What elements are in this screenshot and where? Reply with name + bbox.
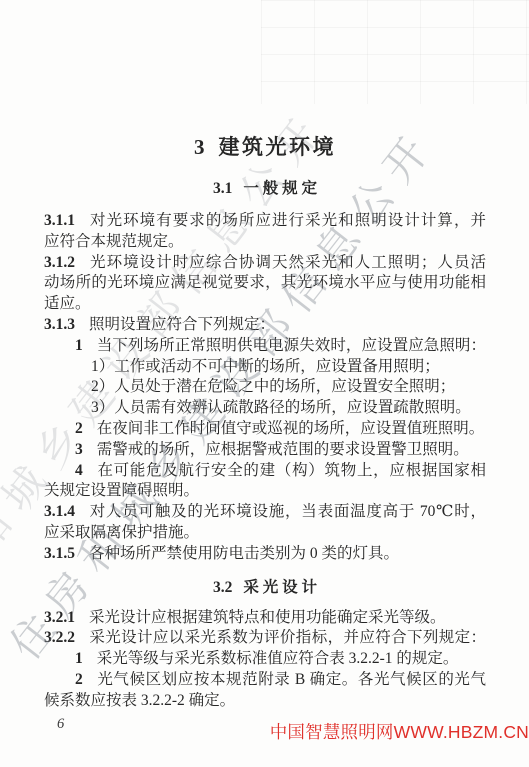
text-line: 2在夜间非工作时间值守或巡视的场所，应设置值班照明。 — [44, 419, 486, 440]
section-3-1-body: 3.1.1对光环境有要求的场所应进行采光和照明设计计算，并 应符合本规范规定。 … — [44, 211, 486, 565]
page-number: 6 — [57, 716, 64, 733]
line-text: 当下列场所正常照明供电电源失效时，应设置应急照明： — [97, 337, 486, 354]
document-page: 住房和城乡建设部信息公开 住房和城乡建设部信息公开 3建筑光环境 3.1一 般 … — [0, 0, 529, 767]
line-text: 照明设置应符合下列规定： — [89, 316, 275, 333]
text-line: 应符合本规范规定。 — [44, 232, 486, 253]
item-number: 1 — [75, 337, 83, 354]
clause-number: 3.1.4 — [44, 503, 75, 520]
chapter-title: 3建筑光环境 — [44, 134, 486, 160]
section-number: 3.1 — [213, 180, 232, 197]
page-content: 3建筑光环境 3.1一 般 规 定 3.1.1对光环境有要求的场所应进行采光和照… — [44, 0, 486, 712]
item-number: 2 — [75, 420, 83, 437]
line-text: 在夜间非工作时间值守或巡视的场所，应设置值班照明。 — [97, 420, 485, 437]
line-text: 各种场所严禁使用防电击类别为 0 类的灯具。 — [89, 545, 399, 562]
text-line: 候系数应按表 3.2.2-2 确定。 — [44, 691, 486, 712]
text-line: 动场所的光环境应满足视觉要求，其光环境水平应与使用功能相 — [44, 273, 486, 294]
text-line: 3.2.1采光设计应根据建筑特点和使用功能确定采光等级。 — [44, 608, 486, 629]
line-text: 采光等级与采光系数标准值应符合表 3.2.2-1 的规定。 — [97, 650, 459, 667]
text-line: 2）人员处于潜在危险之中的场所，应设置安全照明； — [44, 377, 486, 398]
line-text: 在可能危及航行安全的建（构）筑物上，应根据国家相 — [97, 462, 486, 479]
line-text: 需警戒的场所，应根据警戒范围的要求设置警卫照明。 — [97, 441, 469, 458]
text-line: 3.1.4对人员可触及的光环境设施，当表面温度高于 70℃时， — [44, 502, 486, 523]
line-text: 动场所的光环境应满足视觉要求，其光环境水平应与使用功能相 — [44, 274, 486, 291]
line-text: 采光设计应以采光系数为评价指标，并应符合下列规定： — [89, 629, 486, 646]
text-line: 3.1.1对光环境有要求的场所应进行采光和照明设计计算，并 — [44, 211, 486, 232]
text-line: 1）工作或活动不可中断的场所，应设置备用照明； — [44, 357, 486, 378]
line-text: 应符合本规范规定。 — [44, 233, 184, 250]
line-text: 对人员可触及的光环境设施，当表面温度高于 70℃时， — [89, 503, 486, 520]
section-heading-3-1: 3.1一 般 规 定 — [44, 179, 486, 199]
line-text: 光气候区划应按本规范附录 B 确定。各光气候区的光气 — [97, 671, 486, 688]
site-watermark: 中国智慧照明网WWW.HBZM.CN — [270, 719, 529, 744]
text-line: 1采光等级与采光系数标准值应符合表 3.2.2-1 的规定。 — [44, 649, 486, 670]
line-text: 关规定设置障碍照明。 — [44, 482, 199, 499]
clause-number: 3.2.2 — [44, 629, 75, 646]
item-number: 2 — [75, 671, 83, 688]
clause-number: 3.1.3 — [44, 316, 75, 333]
text-line: 3需警戒的场所，应根据警戒范围的要求设置警卫照明。 — [44, 440, 486, 461]
item-number: 4 — [75, 462, 83, 479]
line-text: 应采取隔离保护措施。 — [44, 524, 199, 541]
text-line: 1当下列场所正常照明供电电源失效时，应设置应急照明： — [44, 336, 486, 357]
text-line: 3.1.2光环境设计时应综合协调天然采光和人工照明；人员活 — [44, 253, 486, 274]
chapter-number: 3 — [194, 135, 205, 159]
text-line: 2光气候区划应按本规范附录 B 确定。各光气候区的光气 — [44, 670, 486, 691]
text-line: 4在可能危及航行安全的建（构）筑物上，应根据国家相 — [44, 461, 486, 482]
clause-number: 3.1.1 — [44, 212, 75, 229]
text-line: 3.1.5各种场所严禁使用防电击类别为 0 类的灯具。 — [44, 544, 486, 565]
section-title-text: 采 光 设 计 — [243, 579, 317, 596]
text-line: 3.2.2采光设计应以采光系数为评价指标，并应符合下列规定： — [44, 628, 486, 649]
clause-number: 3.1.5 — [44, 545, 75, 562]
chapter-title-text: 建筑光环境 — [219, 135, 337, 159]
clause-number: 3.2.1 — [44, 609, 75, 626]
text-line: 应采取隔离保护措施。 — [44, 523, 486, 544]
line-text: 采光设计应根据建筑特点和使用功能确定采光等级。 — [89, 609, 446, 626]
item-number: 1 — [75, 650, 83, 667]
text-line: 适应。 — [44, 294, 486, 315]
line-text: 1）工作或活动不可中断的场所，应设置备用照明； — [91, 358, 440, 375]
text-line: 关规定设置障碍照明。 — [44, 481, 486, 502]
line-text: 光环境设计时应综合协调天然采光和人工照明；人员活 — [89, 254, 486, 271]
section-number: 3.2 — [213, 579, 232, 596]
text-line: 3.1.3照明设置应符合下列规定： — [44, 315, 486, 336]
text-line: 3）人员需有效辨认疏散路径的场所，应设置疏散照明。 — [44, 398, 486, 419]
section-heading-3-2: 3.2采 光 设 计 — [44, 578, 486, 598]
clause-number: 3.1.2 — [44, 254, 75, 271]
line-text: 适应。 — [44, 295, 91, 312]
line-text: 对光环境有要求的场所应进行采光和照明设计计算，并 — [89, 212, 486, 229]
line-text: 候系数应按表 3.2.2-2 确定。 — [44, 692, 235, 709]
section-3-2-body: 3.2.1采光设计应根据建筑特点和使用功能确定采光等级。 3.2.2采光设计应以… — [44, 608, 486, 712]
section-title-text: 一 般 规 定 — [243, 180, 317, 197]
line-text: 2）人员处于潜在危险之中的场所，应设置安全照明； — [91, 378, 455, 395]
line-text: 3）人员需有效辨认疏散路径的场所，应设置疏散照明。 — [91, 399, 471, 416]
item-number: 3 — [75, 441, 83, 458]
